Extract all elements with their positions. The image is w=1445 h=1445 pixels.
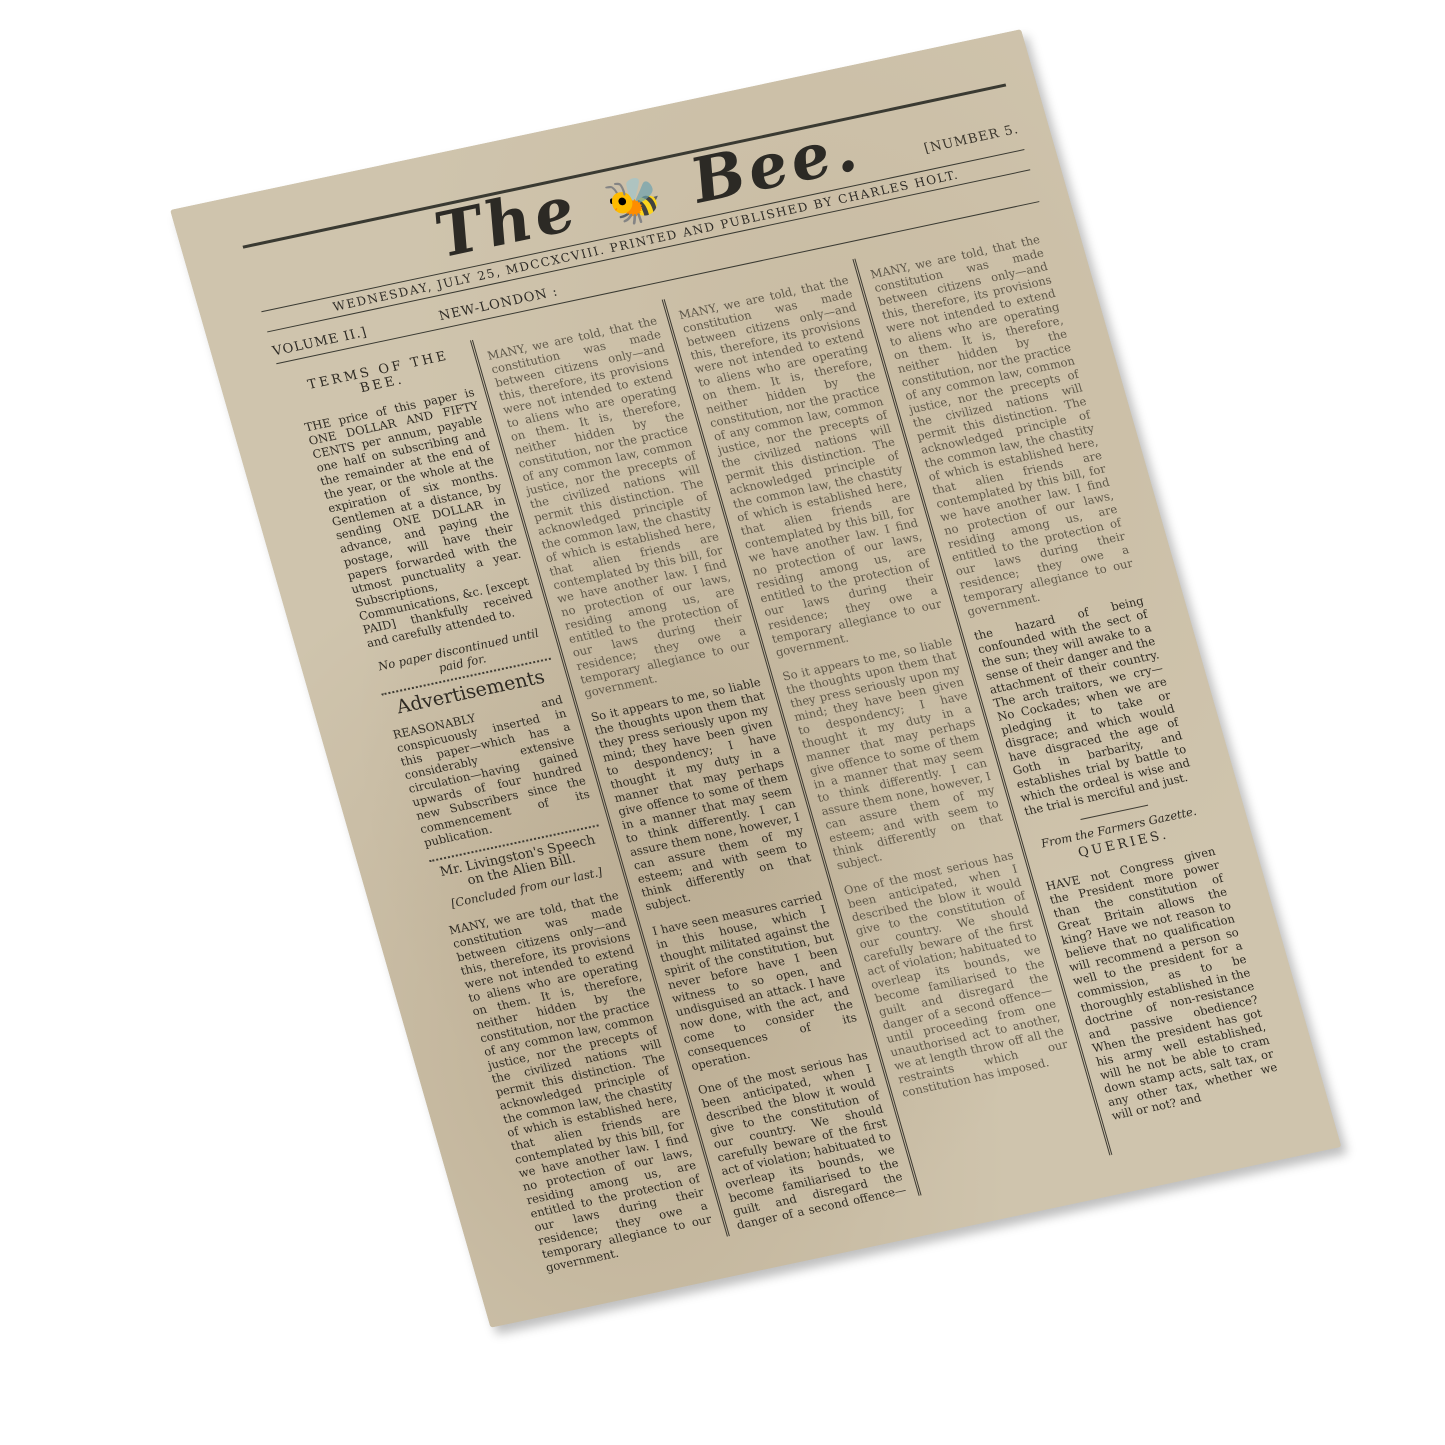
- advertisements-text: REASONABLY and conspicuously inserted in…: [391, 692, 595, 849]
- volume-label: VOLUME II.]: [271, 325, 369, 359]
- bee-icon: 🐝: [601, 170, 673, 232]
- columns: TERMS OF THE BEE. THE price of this pape…: [281, 218, 1301, 1276]
- issue-number: [NUMBER 5.: [923, 122, 1021, 156]
- newspaper-page: The🐝Bee. [NUMBER 5. WEDNESDAY, JULY 25, …: [170, 29, 1342, 1328]
- column-4-preceding: the hazard of being confounded with the …: [972, 593, 1195, 818]
- speech-text-3: I have seen measures carried in this hou…: [651, 888, 863, 1072]
